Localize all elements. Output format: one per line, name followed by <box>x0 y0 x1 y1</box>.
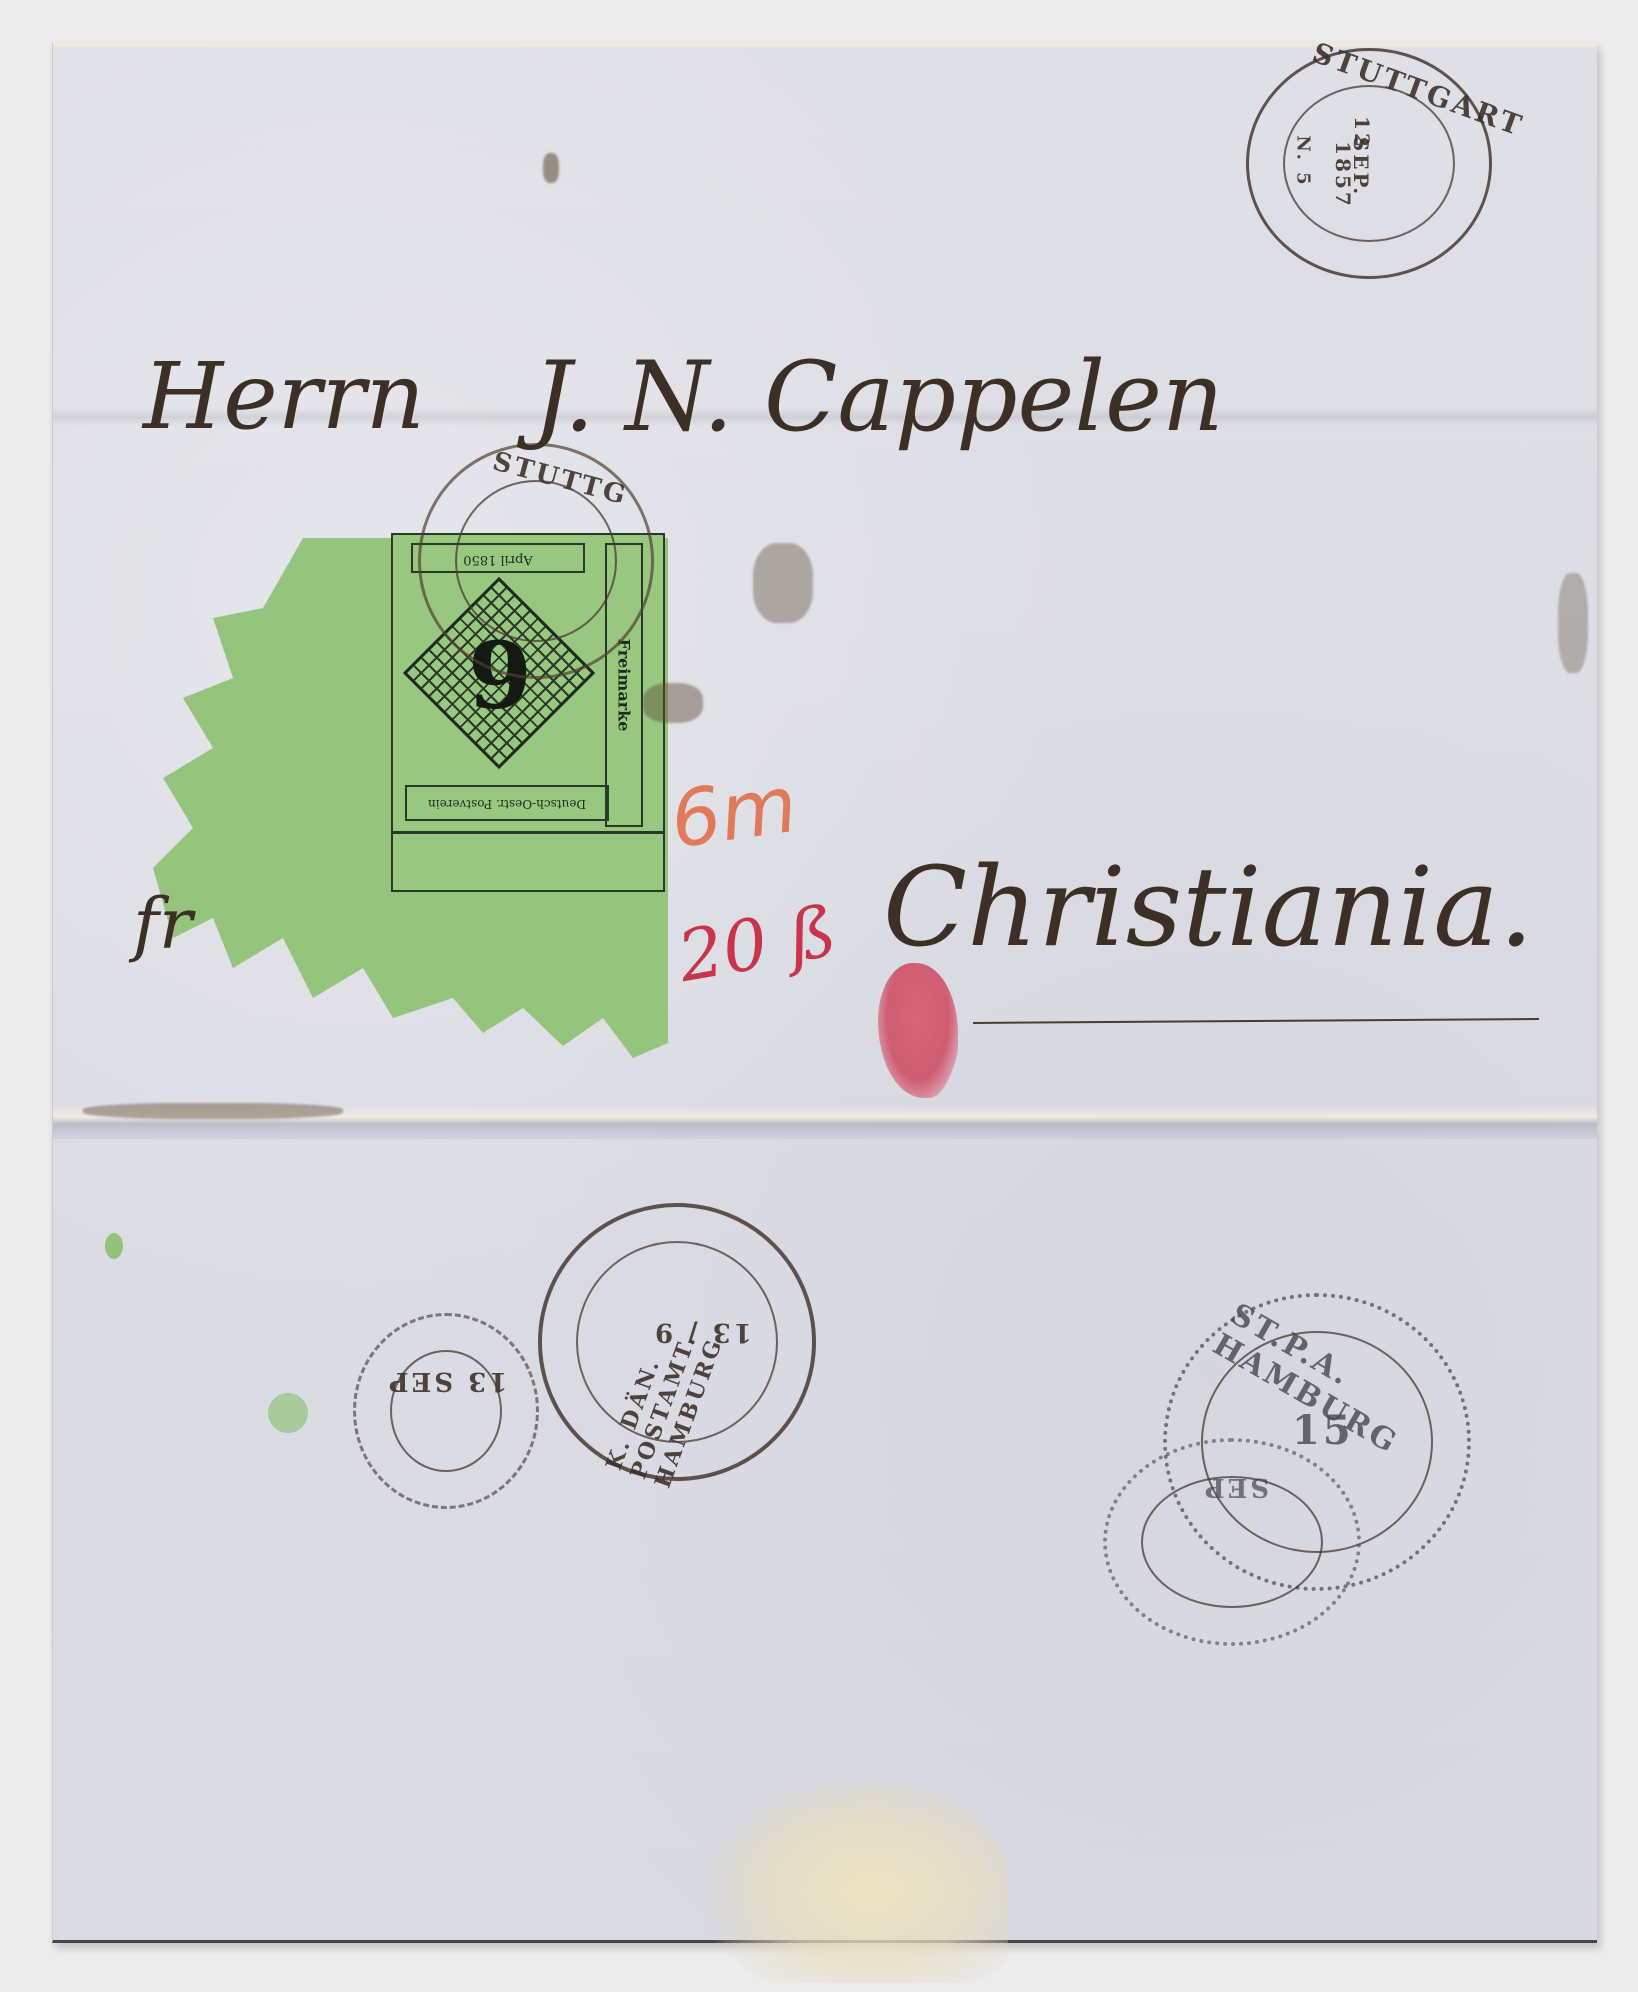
destination-underline <box>973 1018 1539 1024</box>
offset-stain <box>83 1103 343 1119</box>
transit-postmark: K. DÄN. POSTAMT. HAMBURG 13 / 9 <box>538 1203 816 1481</box>
letter-cover: April 1850 Freimarke 6 Deutsch-Oestr. Po… <box>52 43 1597 1943</box>
red-ink-rate-marking: 20 ß <box>672 890 842 998</box>
franco-mark: fr <box>133 883 192 965</box>
stamp-cancel-postmark: STUTTG <box>418 443 654 679</box>
origin-postmark: STUTTGART 12 SEP. 1857 N. 5 <box>1246 48 1492 279</box>
red-wax-seal-residue <box>878 963 958 1098</box>
top-paper-edge <box>53 43 1597 47</box>
stamp-bottom-inscription: Deutsch-Oestr. Postverein <box>405 785 609 821</box>
hinge-remnant-stain <box>708 1778 1008 1983</box>
offset-stain <box>543 153 559 183</box>
stamp-adjacent-row <box>393 831 663 892</box>
hamburg-secondary-postmark: SEP <box>1103 1438 1361 1646</box>
offset-stain <box>1558 573 1588 673</box>
red-crayon-marking: 6m <box>665 760 802 867</box>
green-fleck <box>268 1393 308 1433</box>
arrival-postmark-partial: 13 SEP <box>353 1313 539 1509</box>
stamp-side-inscription: Freimarke <box>615 639 634 732</box>
offset-stain <box>643 683 703 723</box>
address-salutation: Herrn <box>143 343 425 450</box>
offset-stain <box>753 543 813 623</box>
address-destination: Christiania. <box>883 843 1534 971</box>
green-fleck <box>105 1233 123 1259</box>
address-name: J. N. Cappelen <box>533 341 1224 453</box>
